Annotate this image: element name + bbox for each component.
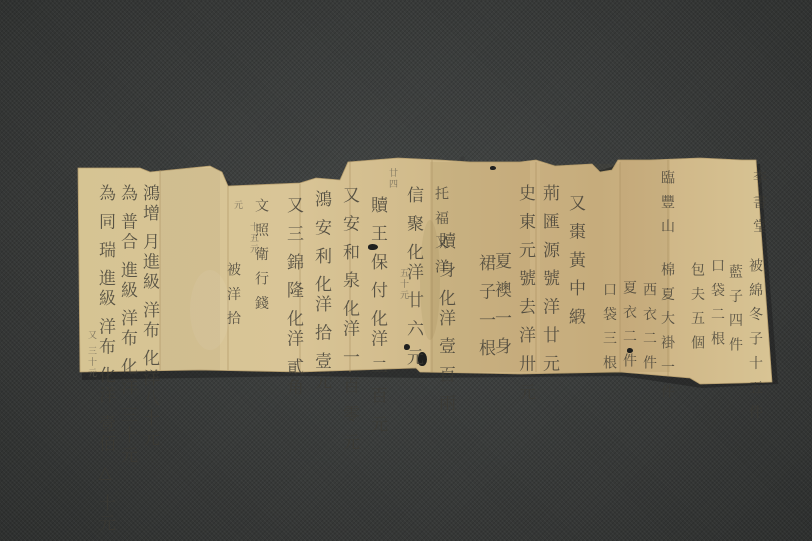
ink-column: 五十元	[398, 268, 407, 301]
ink-column: 棉 夏 大 褂 一 件	[660, 262, 674, 401]
ink-column: 藍 子 四 件	[728, 264, 742, 354]
ink-column: 臨 豐 山	[660, 170, 674, 236]
ink-column: 元	[232, 200, 241, 211]
ink-column: 十五元	[248, 222, 257, 255]
ink-column: 又 安 和 泉 化洋 一 百 零 元	[340, 186, 357, 453]
ink-column: 李 書 堂	[752, 170, 766, 236]
ink-column: 西 衣 二 件	[642, 282, 656, 372]
ink-column: 夏 衣 二 件	[622, 280, 636, 370]
ink-column: 贖 王 保 付 化洋 二 百 元	[368, 196, 385, 435]
ink-column: 口 袋 三 根	[602, 282, 616, 372]
ink-column: 包 夫 五 個	[690, 262, 704, 352]
ink-column: 為 普合 進級 洋布 化洋 三十元	[118, 184, 135, 466]
ink-column: 又 棗 黃 中 緞	[566, 194, 583, 328]
ink-column: 文 照 衛 行 錢	[254, 198, 268, 313]
ink-column: 夏 襖 一 身	[492, 252, 509, 357]
ink-column: 被 洋 拾	[226, 262, 240, 328]
ink-column: 又 三 錦 隆 化洋 貳角	[284, 196, 301, 398]
ink-column: 荊 匯 源 號 洋 廿 元	[540, 184, 557, 374]
ink-column: 鴻增 月進級 洋布 化洋八十元	[140, 184, 157, 449]
ink-column: 史 東 元 號 去 洋 卅 元	[516, 184, 533, 403]
manuscript-photo: 鴻增 月進級 洋布 化洋八十元 為 普合 進級 洋布 化洋 三十元 為 同 瑞 …	[0, 0, 812, 541]
ink-column: 又 三十元	[86, 330, 95, 379]
ink-column: 被 綿 冬 子 十 五 件	[748, 258, 762, 422]
paper-hole	[490, 166, 496, 170]
ink-column: 贖 身 化洋 壹 百 兩	[436, 232, 453, 414]
paper-hole	[460, 156, 465, 161]
ink-column: 口 袋 二 根	[710, 258, 724, 348]
ink-column: 廿四	[387, 168, 396, 190]
ink-column: 鴻 安 利 化洋 拾 壹元	[312, 190, 329, 392]
ink-column: 為 同 瑞 進級 洋布 化洋 壹佰 △ 十元	[96, 184, 113, 534]
